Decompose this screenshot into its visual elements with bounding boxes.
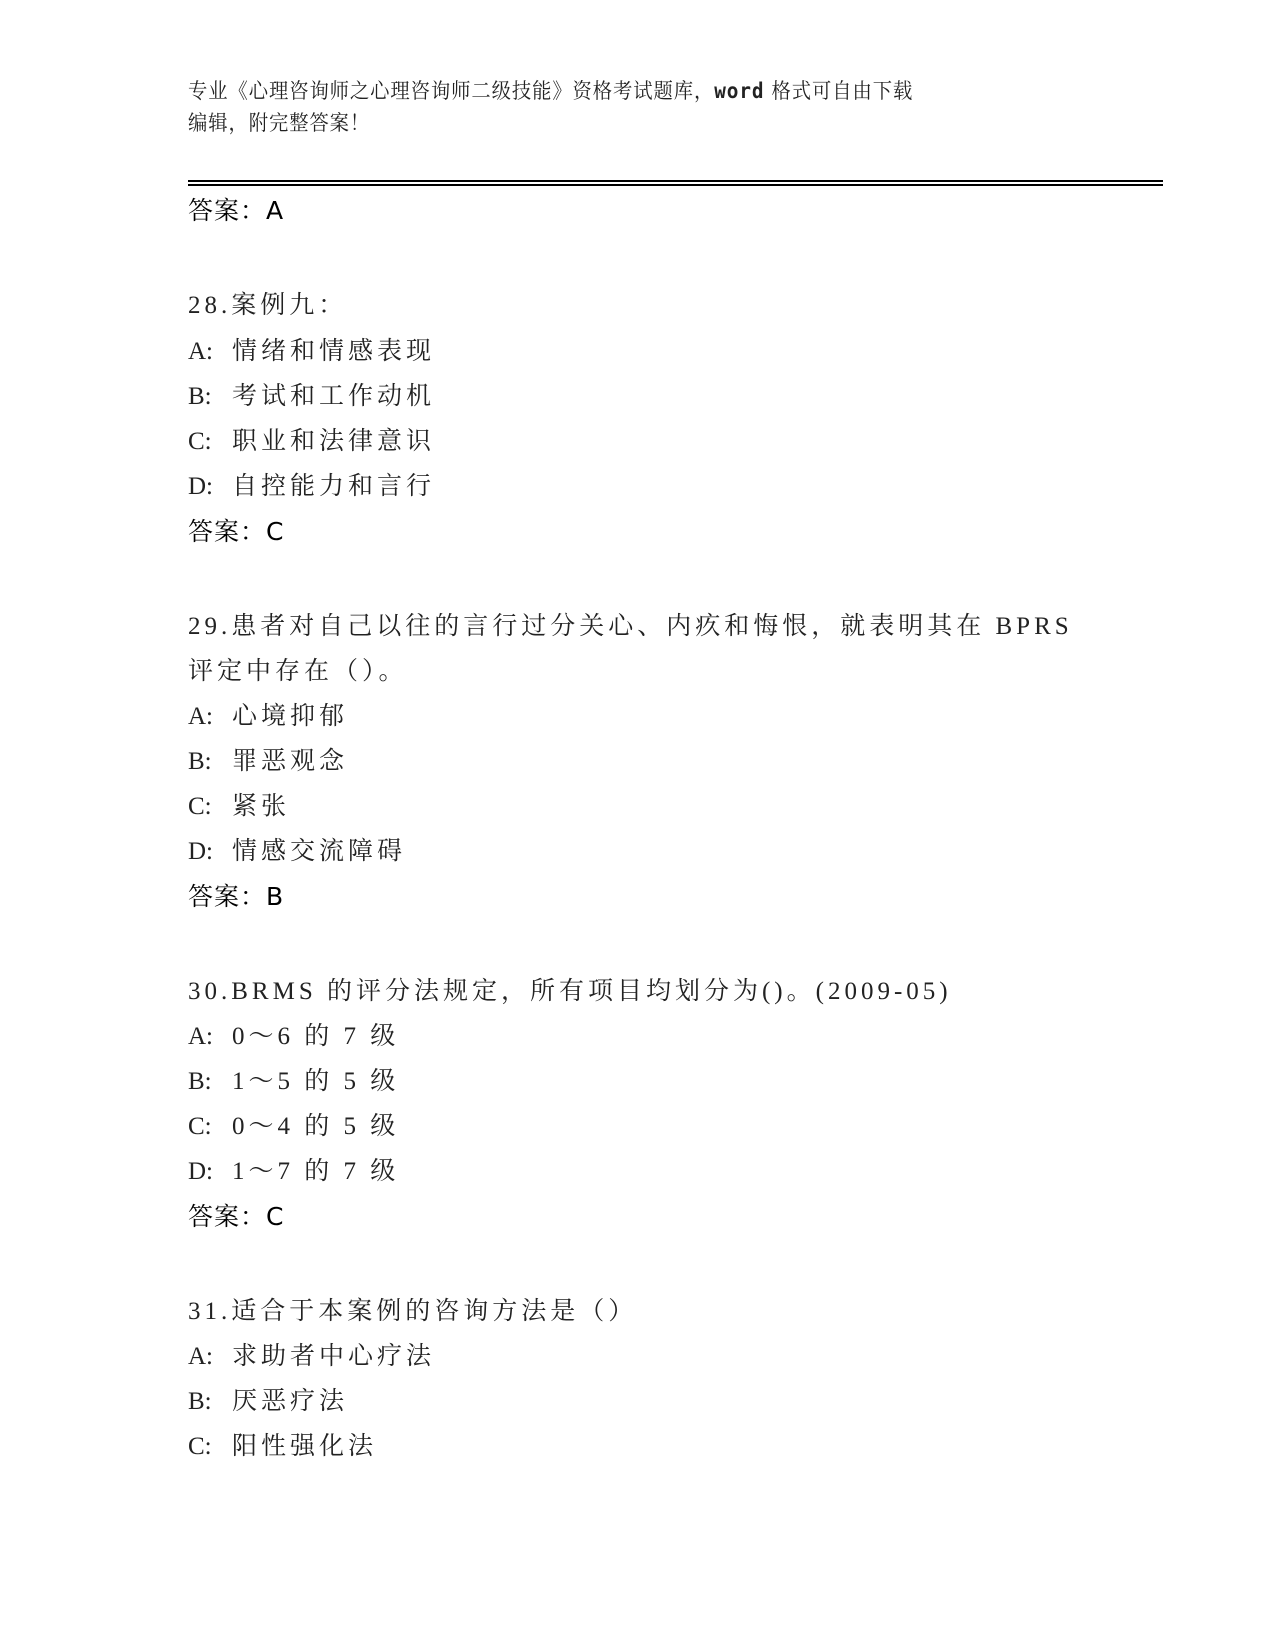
option-key: C: [188, 1114, 232, 1139]
option-a: A:求助者中心疗法 [188, 1344, 435, 1369]
header-divider-top [188, 180, 1163, 182]
option-key: A: [188, 339, 232, 364]
document-page: 专业《心理咨询师之心理咨询师二级技能》资格考试题库，word 格式可自由下载 编… [0, 0, 1275, 1650]
option-a: A:0～6 的 7 级 [188, 1024, 399, 1049]
option-key: D: [188, 1159, 232, 1184]
option-text: 心境抑郁 [232, 703, 348, 730]
header-word-format: word [714, 79, 764, 103]
option-c: C:0～4 的 5 级 [188, 1114, 399, 1139]
option-b: B:1～5 的 5 级 [188, 1069, 399, 1094]
option-key: C: [188, 794, 232, 819]
answer: 答案：C [188, 519, 284, 544]
option-text: 情绪和情感表现 [232, 338, 435, 365]
option-b: B:厌恶疗法 [188, 1389, 348, 1414]
option-key: C: [188, 429, 232, 454]
option-b: B:考试和工作动机 [188, 384, 435, 409]
option-c: C:阳性强化法 [188, 1434, 377, 1459]
option-text: 职业和法律意识 [232, 428, 435, 455]
answer: 答案：B [188, 884, 284, 909]
previous-answer: 答案：A [188, 198, 284, 223]
option-text: 0～6 的 7 级 [232, 1023, 399, 1050]
option-key: D: [188, 839, 232, 864]
option-d: D:1～7 的 7 级 [188, 1159, 399, 1184]
header-divider-bottom [188, 184, 1163, 186]
option-text: 求助者中心疗法 [232, 1343, 435, 1370]
option-text: 自控能力和言行 [232, 473, 435, 500]
option-key: B: [188, 1389, 232, 1414]
header-download-text: 格式可自由下载 [764, 79, 913, 103]
question-stem: 28.案例九： [188, 293, 347, 318]
document-header-line-1: 专业《心理咨询师之心理咨询师二级技能》资格考试题库，word 格式可自由下载 [188, 81, 913, 102]
option-c: C:职业和法律意识 [188, 429, 435, 454]
option-c: C:紧张 [188, 794, 290, 819]
option-text: 1～7 的 7 级 [232, 1158, 399, 1185]
option-key: B: [188, 749, 232, 774]
option-text: 1～5 的 5 级 [232, 1068, 399, 1095]
option-key: A: [188, 704, 232, 729]
answer: 答案：C [188, 1204, 284, 1229]
option-key: A: [188, 1024, 232, 1049]
option-text: 紧张 [232, 793, 290, 820]
option-key: D: [188, 474, 232, 499]
option-key: B: [188, 384, 232, 409]
option-b: B:罪恶观念 [188, 749, 348, 774]
option-text: 0～4 的 5 级 [232, 1113, 399, 1140]
option-key: B: [188, 1069, 232, 1094]
question-stem: 29.患者对自己以往的言行过分关心、内疚和悔恨，就表明其在 BPRS [188, 614, 1073, 639]
option-text: 考试和工作动机 [232, 383, 435, 410]
option-d: D:情感交流障碍 [188, 839, 406, 864]
header-title-text: 专业《心理咨询师之心理咨询师二级技能》资格考试题库， [188, 79, 714, 103]
option-d: D:自控能力和言行 [188, 474, 435, 499]
question-stem: 30.BRMS 的评分法规定，所有项目均划分为()。(2009-05) [188, 979, 952, 1004]
document-header-line-2: 编辑，附完整答案！ [188, 113, 370, 134]
option-a: A:情绪和情感表现 [188, 339, 435, 364]
option-key: A: [188, 1344, 232, 1369]
option-text: 阳性强化法 [232, 1433, 377, 1460]
option-text: 罪恶观念 [232, 748, 348, 775]
option-a: A:心境抑郁 [188, 704, 348, 729]
option-text: 情感交流障碍 [232, 838, 406, 865]
question-stem: 31.适合于本案例的咨询方法是（） [188, 1299, 637, 1324]
option-text: 厌恶疗法 [232, 1388, 348, 1415]
option-key: C: [188, 1434, 232, 1459]
question-stem-continued: 评定中存在（）。 [188, 659, 408, 684]
